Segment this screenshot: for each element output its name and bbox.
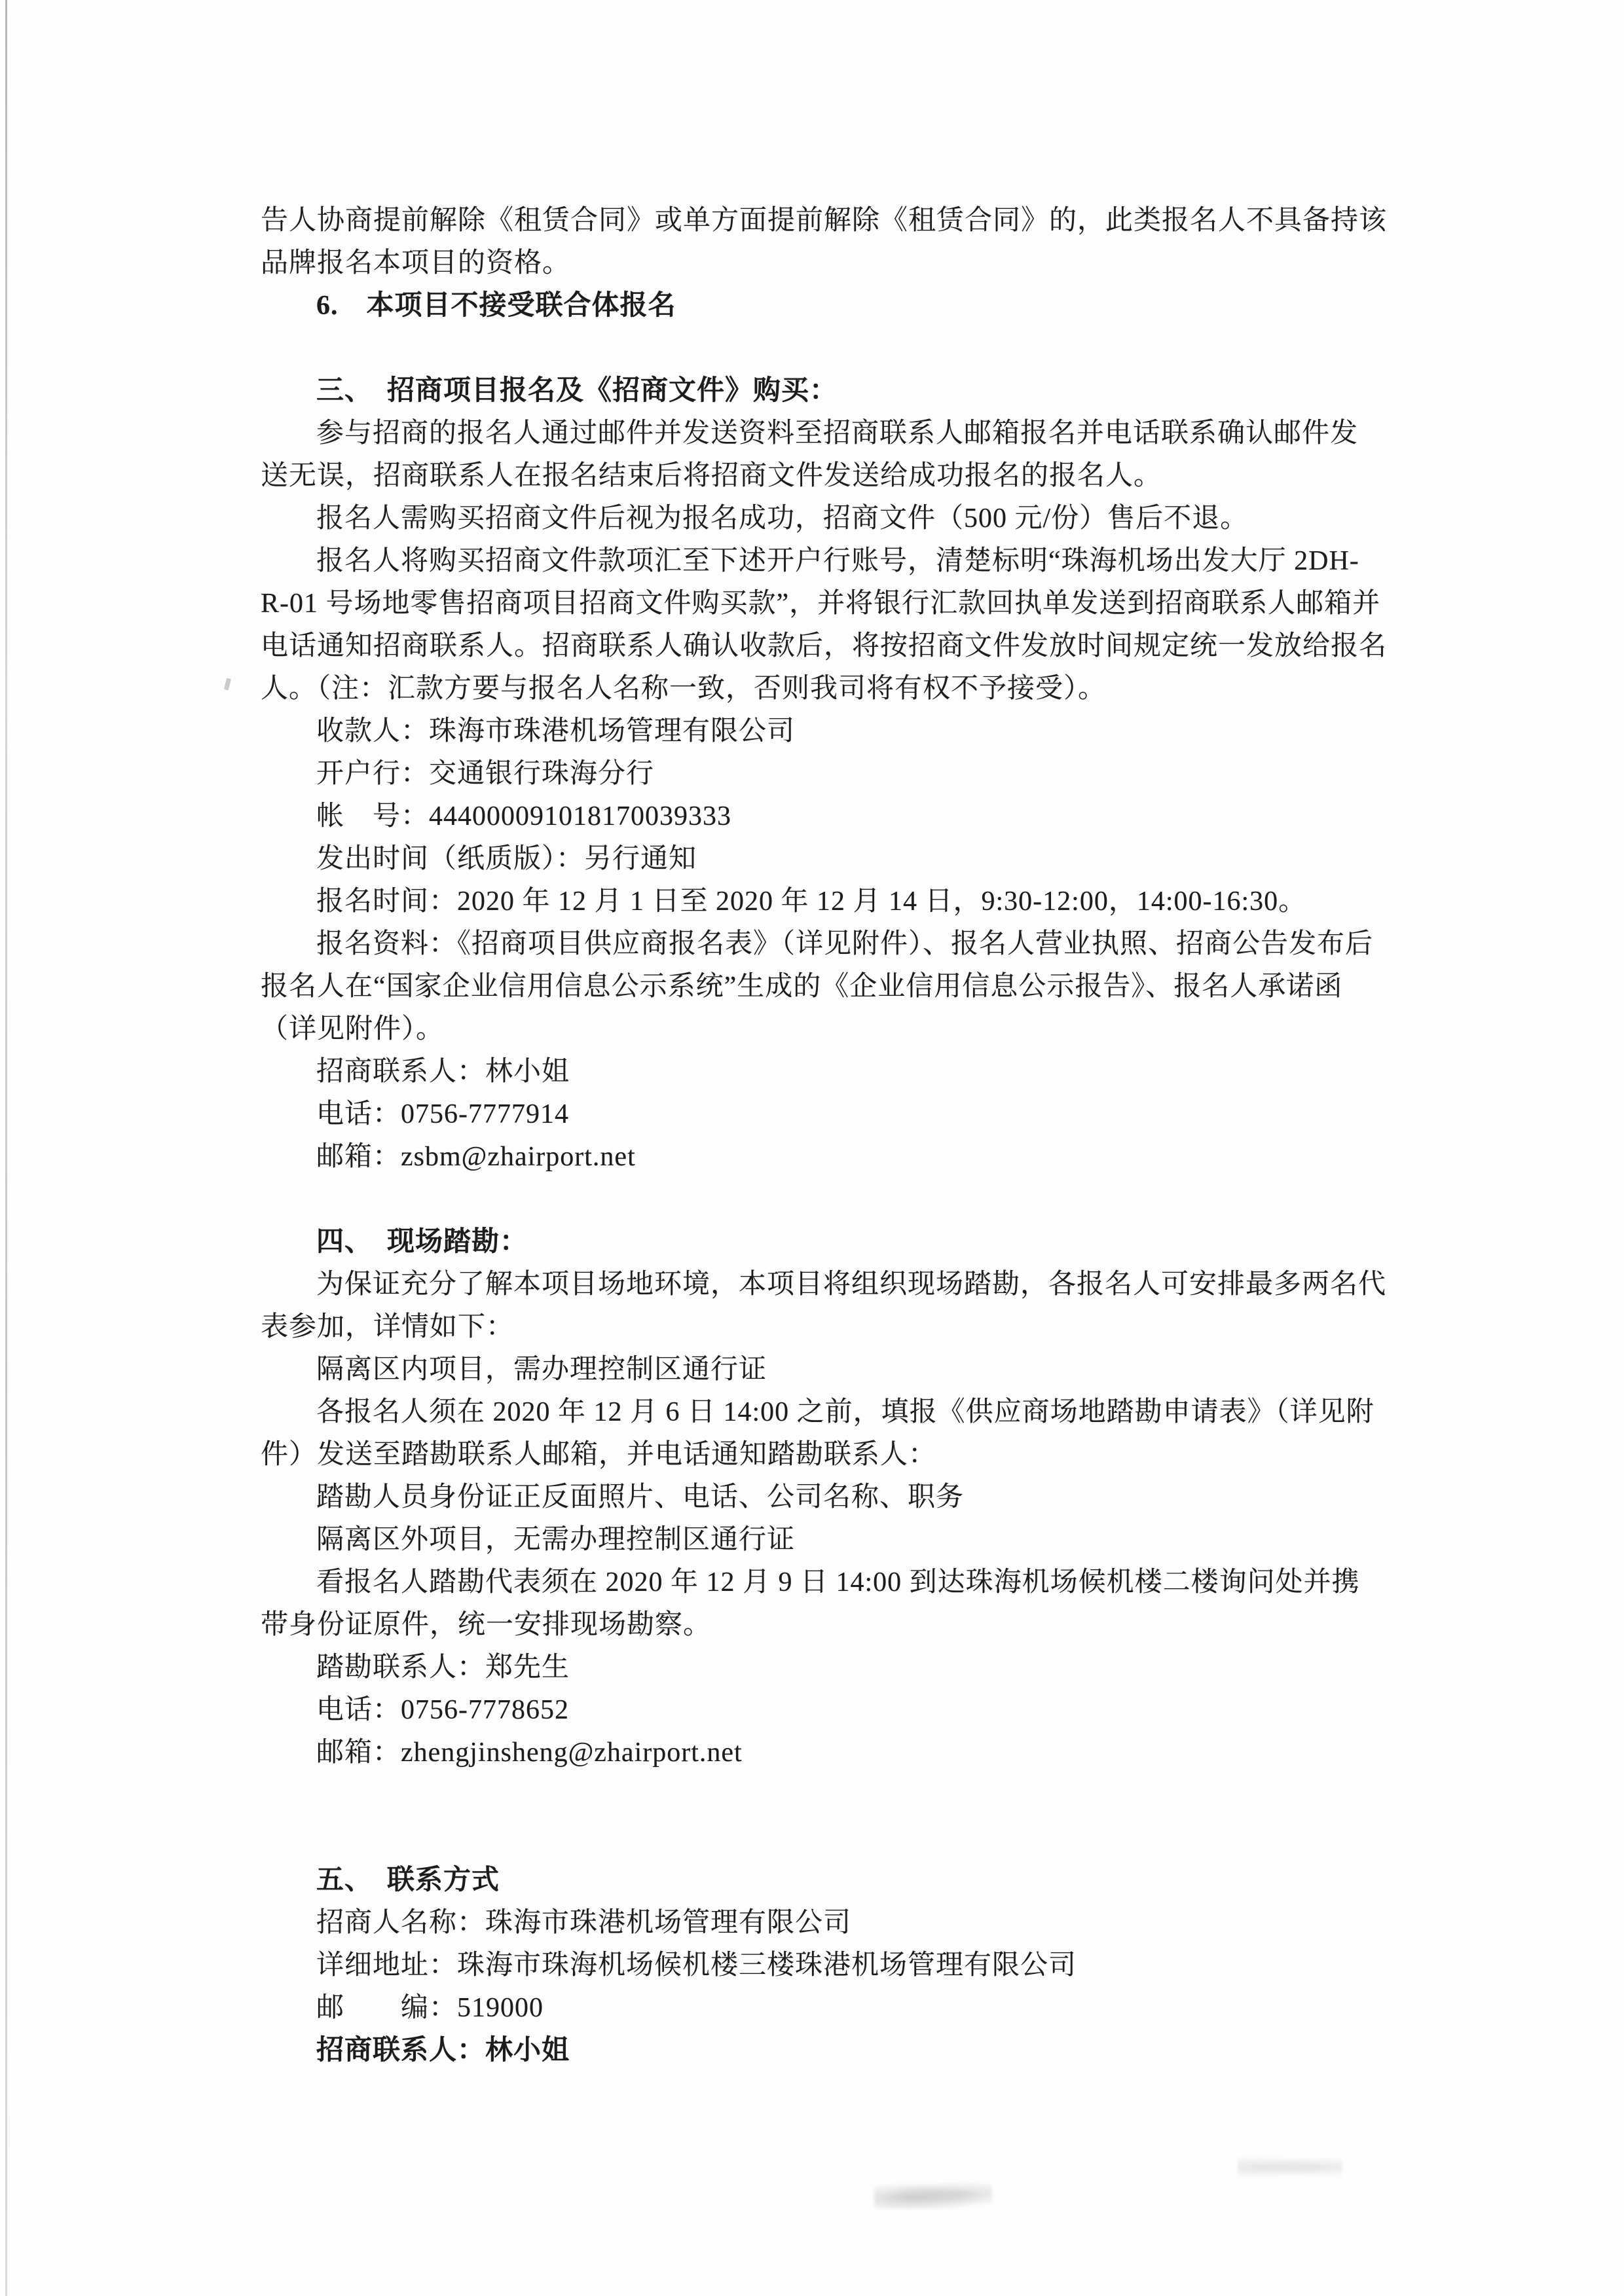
scan-page: 告人协商提前解除《租赁合同》或单方面提前解除《租赁合同》的，此类报名人不具备持该…: [0, 0, 1624, 2296]
document-line: 看报名人踏勘代表须在 2020 年 12 月 9 日 14:00 到达珠海机场候…: [261, 1561, 1405, 1604]
document-line: 邮 编：519000: [261, 1987, 1405, 2030]
document-line: 招商人名称：珠海市珠港机场管理有限公司: [261, 1902, 1405, 1944]
document-line: 报名人需购买招商文件后视为报名成功，招商文件（500 元/份）售后不退。: [261, 498, 1405, 540]
document-line: R-01 号场地零售招商项目招商文件购买款”，并将银行汇款回执单发送到招商联系人…: [261, 583, 1405, 625]
document-line: 电话：0756-7777914: [261, 1093, 1405, 1136]
document-line: 带身份证原件，统一安排现场勘察。: [261, 1604, 1405, 1647]
document-body: 告人协商提前解除《租赁合同》或单方面提前解除《租赁合同》的，此类报名人不具备持该…: [261, 200, 1405, 2072]
document-line: 报名资料：《招商项目供应商报名表》（详见附件）、报名人营业执照、招商公告发布后: [261, 923, 1405, 966]
document-line: 电话：0756-7778652: [261, 1689, 1405, 1732]
document-line: 报名人在“国家企业信用信息公示系统”生成的《企业信用信息公示报告》、报名人承诺函: [261, 966, 1405, 1008]
document-line: 隔离区内项目，需办理控制区通行证: [261, 1349, 1405, 1391]
document-line: 件）发送至踏勘联系人邮箱，并电话通知踏勘联系人：: [261, 1434, 1405, 1476]
document-line: 报名人将购买招商文件款项汇至下述开户行账号，清楚标明“珠海机场出发大厅 2DH-: [261, 540, 1405, 583]
document-line: 详细地址：珠海市珠海机场候机楼三楼珠港机场管理有限公司: [261, 1944, 1405, 1987]
document-line: 隔离区外项目，无需办理控制区通行证: [261, 1519, 1405, 1561]
blank-line: [261, 327, 1405, 370]
document-line: 告人协商提前解除《租赁合同》或单方面提前解除《租赁合同》的，此类报名人不具备持该: [261, 200, 1405, 242]
document-line: 为保证充分了解本项目场地环境，本项目将组织现场踏勘，各报名人可安排最多两名代: [261, 1264, 1405, 1306]
section-heading: 三、 招商项目报名及《招商文件》购买：: [261, 370, 1405, 412]
document-line: 电话通知招商联系人。招商联系人确认收款后，将按招商文件发放时间规定统一发放给报名: [261, 625, 1405, 668]
document-line: 人。（注：汇款方要与报名人名称一致，否则我司将有权不予接受）。: [261, 668, 1405, 710]
document-line: 发出时间（纸质版）：另行通知: [261, 838, 1405, 881]
scan-smudge: [1238, 2154, 1342, 2180]
document-line: 收款人：珠海市珠港机场管理有限公司: [261, 710, 1405, 753]
document-line: 品牌报名本项目的资格。: [261, 242, 1405, 285]
section-heading: 四、 现场踏勘：: [261, 1221, 1405, 1264]
blank-line: [261, 1817, 1405, 1859]
document-line: 报名时间：2020 年 12 月 1 日至 2020 年 12 月 14 日，9…: [261, 881, 1405, 923]
document-line: 招商联系人：林小姐: [261, 1051, 1405, 1093]
section-heading: 五、 联系方式: [261, 1859, 1405, 1902]
scan-smudge: [874, 2181, 992, 2209]
document-line: 踏勘联系人：郑先生: [261, 1647, 1405, 1689]
blank-line: [261, 1774, 1405, 1817]
document-line: 参与招商的报名人通过邮件并发送资料至招商联系人邮箱报名并电话联系确认邮件发: [261, 412, 1405, 455]
document-line: （详见附件）。: [261, 1008, 1405, 1051]
document-line: 6. 本项目不接受联合体报名: [261, 285, 1405, 327]
document-line: 招商联系人：林小姐: [261, 2030, 1405, 2072]
document-line: 踏勘人员身份证正反面照片、电话、公司名称、职务: [261, 1476, 1405, 1519]
document-line: 表参加，详情如下：: [261, 1306, 1405, 1349]
document-line: 各报名人须在 2020 年 12 月 6 日 14:00 之前，填报《供应商场地…: [261, 1391, 1405, 1434]
document-line: 送无误，招商联系人在报名结束后将招商文件发送给成功报名的报名人。: [261, 455, 1405, 498]
document-line: 开户行：交通银行珠海分行: [261, 753, 1405, 795]
blank-line: [261, 1178, 1405, 1221]
document-line: 邮箱：zhengjinsheng@zhairport.net: [261, 1732, 1405, 1774]
document-line: 帐 号：444000091018170039333: [261, 795, 1405, 838]
scan-edge-line: [5, 0, 7, 2296]
scan-tick-artifact: [224, 678, 231, 690]
document-line: 邮箱：zsbm@zhairport.net: [261, 1136, 1405, 1178]
